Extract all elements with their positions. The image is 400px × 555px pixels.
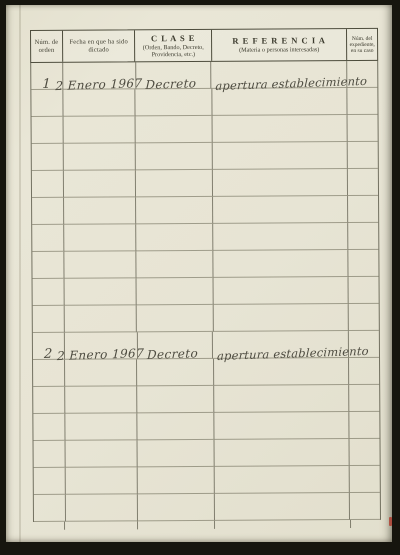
cell-num <box>33 360 65 387</box>
cell-referencia <box>214 412 349 440</box>
cell-num <box>31 90 63 117</box>
cell-referencia <box>214 385 349 413</box>
handwritten-entry: Decreto <box>146 346 198 362</box>
cell-clase <box>138 467 215 494</box>
red-edge-mark <box>389 517 392 526</box>
table-row <box>32 250 378 279</box>
cell-clase <box>137 224 214 251</box>
cell-expediente <box>348 223 378 250</box>
cell-expediente <box>350 466 380 493</box>
cell-referencia: apertura establecimiento <box>212 61 348 89</box>
cell-num <box>32 225 64 252</box>
handwritten-entry: 2 Enero 1967 <box>57 346 145 363</box>
tail-cell <box>351 520 381 528</box>
cell-fecha <box>65 467 138 494</box>
cell-expediente <box>349 250 379 277</box>
cell-referencia: apertura establecimiento <box>213 331 349 359</box>
cell-num <box>33 414 65 441</box>
cell-referencia <box>213 277 348 305</box>
handwritten-entry: 1 <box>42 77 51 92</box>
cell-num <box>32 198 64 225</box>
header-clase: C L A S E (Orden, Bando, Decreto, Provid… <box>135 30 212 61</box>
cell-clase <box>138 386 215 413</box>
cell-expediente <box>349 277 379 304</box>
cell-num <box>33 279 65 306</box>
header-referencia: R E F E R E N C I A (Materia o personas … <box>212 29 347 61</box>
cell-referencia <box>212 115 347 143</box>
header-num-orden: Núm. de orden <box>31 31 63 62</box>
cell-fecha <box>65 413 138 440</box>
table-row <box>33 304 379 333</box>
cell-fecha <box>64 305 137 332</box>
cell-fecha <box>65 359 138 386</box>
tail-cell <box>215 520 351 529</box>
cell-clase <box>136 89 213 116</box>
cell-expediente <box>348 196 378 223</box>
table-row <box>34 466 380 495</box>
table-row <box>32 223 378 252</box>
cell-expediente <box>350 493 380 520</box>
header-num-orden-label: Núm. de orden <box>32 39 61 54</box>
cell-fecha <box>66 494 139 521</box>
table-row <box>34 439 380 468</box>
cell-clase: Decreto <box>137 332 213 359</box>
table-row <box>32 196 378 225</box>
tail-cell <box>33 522 65 530</box>
cell-referencia <box>213 169 348 197</box>
cell-clase <box>136 197 213 224</box>
header-expediente: Núm. del expediente, en su caso <box>347 29 377 60</box>
table-row <box>31 88 377 117</box>
cell-clase <box>136 116 213 143</box>
cell-referencia <box>214 439 349 467</box>
cell-expediente <box>348 142 378 169</box>
cell-expediente <box>349 304 379 331</box>
cell-clase <box>137 359 214 386</box>
cell-referencia <box>215 466 350 494</box>
cell-expediente <box>350 439 380 466</box>
cell-num <box>32 252 64 279</box>
cell-clase <box>136 170 213 197</box>
cell-expediente <box>349 358 379 385</box>
cell-expediente <box>348 88 378 115</box>
cell-referencia <box>213 196 348 224</box>
page-fold-line <box>19 5 21 542</box>
header-fecha-label: Fecha en que ha sido dictado <box>64 38 134 53</box>
table-row <box>33 385 379 414</box>
cell-clase <box>138 494 215 521</box>
cell-expediente <box>350 412 380 439</box>
cell-fecha <box>65 386 138 413</box>
cell-num <box>32 171 64 198</box>
cell-num <box>33 306 65 333</box>
table-header-row: Núm. de orden Fecha en que ha sido dicta… <box>30 28 378 63</box>
cell-clase <box>138 413 215 440</box>
scanned-page: Núm. de orden Fecha en que ha sido dicta… <box>6 5 392 542</box>
header-clase-title: C L A S E <box>151 33 195 42</box>
table-row <box>32 115 378 144</box>
tail-cell <box>65 521 138 529</box>
table-column-tails <box>33 520 381 530</box>
cell-num <box>34 495 66 522</box>
cell-fecha: 2 Enero 1967 <box>63 62 136 89</box>
cell-clase <box>137 251 214 278</box>
table-row: 12 Enero 1967Decretoapertura establecimi… <box>31 61 377 90</box>
cell-clase <box>138 440 215 467</box>
cell-expediente <box>349 385 379 412</box>
handwritten-entry: 2 Enero 1967 <box>55 76 143 93</box>
cell-clase <box>137 305 214 332</box>
header-referencia-sub: (Materia o personas interesadas) <box>239 46 319 53</box>
table-row <box>33 277 379 306</box>
cell-fecha <box>63 116 136 143</box>
cell-fecha <box>64 170 137 197</box>
cell-fecha <box>64 224 137 251</box>
table-row <box>33 358 379 387</box>
table-row <box>33 412 379 441</box>
cell-num <box>33 387 65 414</box>
table-row <box>32 142 378 171</box>
cell-fecha <box>64 197 137 224</box>
cell-expediente <box>348 169 378 196</box>
handwritten-entry: Decreto <box>145 76 197 92</box>
cell-referencia <box>213 250 348 278</box>
handwritten-entry: 2 <box>44 347 53 362</box>
cell-clase: Decreto <box>136 62 212 89</box>
cell-num <box>32 117 64 144</box>
table-row: 22 Enero 1967Decretoapertura establecimi… <box>33 331 379 360</box>
header-clase-sub: (Orden, Bando, Decreto, Providencia, etc… <box>136 43 210 57</box>
header-expediente-label: Núm. del expediente, en su caso <box>348 35 376 53</box>
header-referencia-title: R E F E R E N C I A <box>232 36 326 46</box>
header-fecha: Fecha en que ha sido dictado <box>63 30 136 61</box>
registry-table: Núm. de orden Fecha en que ha sido dicta… <box>30 28 381 530</box>
cell-clase <box>136 143 213 170</box>
cell-referencia <box>213 223 348 251</box>
table-body: 12 Enero 1967Decretoapertura establecimi… <box>30 61 381 522</box>
cell-fecha: 2 Enero 1967 <box>64 332 137 359</box>
cell-fecha <box>65 440 138 467</box>
cell-num <box>34 441 66 468</box>
cell-clase <box>137 278 214 305</box>
cell-fecha <box>64 251 137 278</box>
tail-cell <box>138 521 215 529</box>
table-row <box>34 493 380 522</box>
cell-referencia <box>215 493 350 521</box>
cell-fecha <box>64 278 137 305</box>
cell-fecha <box>64 143 137 170</box>
cell-num <box>34 468 66 495</box>
cell-num <box>32 144 64 171</box>
cell-fecha <box>63 89 136 116</box>
cell-expediente <box>348 115 378 142</box>
table-row <box>32 169 378 198</box>
cell-referencia <box>213 142 348 170</box>
cell-referencia <box>214 304 349 332</box>
